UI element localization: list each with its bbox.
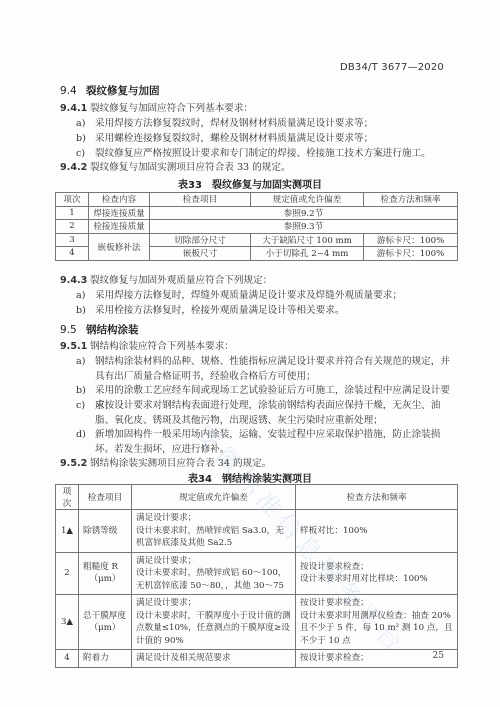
clause-number: 9.4.1 xyxy=(60,102,90,117)
cell-item: 切除部分尺寸 xyxy=(150,233,251,247)
header-cell: 规定值或允许偏差 xyxy=(251,193,364,207)
item-label: a) xyxy=(76,355,95,370)
page-number: 25 xyxy=(433,651,444,661)
value-line: 满足设计要求； xyxy=(136,555,291,568)
item-label: a) xyxy=(76,289,95,304)
document-code: DB34/T 3677—2020 xyxy=(340,62,444,73)
header-cell: 检查方法和频率 xyxy=(296,485,458,510)
item-text: 采用焊接方法修复时，焊缝外观质量满足设计要求及焊缝外观质量要求； xyxy=(95,289,455,304)
cell-item: 总干膜厚度（μm） xyxy=(79,595,132,650)
cell-no: 4 xyxy=(56,247,89,261)
list-item: c)裂纹修复应严格按照设计要求和专门制定的焊接、栓接施工技术方案进行施工。 xyxy=(76,147,461,162)
cell-method: 游标卡尺：100% xyxy=(364,247,458,261)
list-item: a)采用焊接方法修复裂纹时，焊材及钢材材料质量满足设计要求等； xyxy=(76,117,461,132)
cell-content: 嵌板修补法 xyxy=(89,233,150,260)
cell-no: 1▲ xyxy=(56,510,79,553)
cell-item: 粗糙度 R（μm） xyxy=(79,552,132,595)
cell-reference: 参照9.3节 xyxy=(150,220,458,234)
cell-item: 附着力 xyxy=(79,650,132,668)
list-item: b)采用栓接方法修复时，栓接外观质量满足设计等相关要求。 xyxy=(76,304,461,319)
list-item: a)采用焊接方法修复时，焊缝外观质量满足设计要求及焊缝外观质量要求； xyxy=(76,289,461,304)
item-text: 新增加固构件一般采用场内涂装，运输、安装过程中应采取保护措施，防止涂装损坏。若发… xyxy=(95,428,455,457)
item-label: d) xyxy=(76,428,95,443)
cell-value: 满足设计要求；设计未要求时，干膜厚度小于设计值的测点数量≤10%，任意测点的干膜… xyxy=(132,595,296,650)
list-item: b)采用螺栓连接修复裂纹时，螺栓及钢材材料质量满足设计要求等； xyxy=(76,132,461,147)
value-line: 满足设计要求； xyxy=(136,597,291,610)
cell-content: 焊接连接质量 xyxy=(89,206,150,220)
clause-number: 9.5.1 xyxy=(60,340,90,355)
item-text: 采用栓接方法修复时，栓接外观质量满足设计等相关要求。 xyxy=(95,304,455,319)
cell-no: 2 xyxy=(56,220,89,234)
cell-no: 3 xyxy=(56,233,89,247)
table33: 项次 检查内容 检查项目 规定值或允许偏差 检查方法和频率 1 焊接连接质量 参… xyxy=(55,192,458,261)
clause-number: 9.4.2 xyxy=(60,161,90,176)
item-text: 采用焊接方法修复裂纹时，焊材及钢材材料质量满足设计要求等； xyxy=(95,117,455,132)
header-cell: 项次 xyxy=(56,193,89,207)
section-title: 裂纹修复与加固 xyxy=(86,85,160,97)
cell-no: 1 xyxy=(56,206,89,220)
value-line: 设计未要求时，热喷锌或铝 Sa3.0，无机富锌底漆及其他 Sa2.5 xyxy=(136,525,291,550)
table-row: 3 嵌板修补法 切除部分尺寸 大于缺陷尺寸 100 mm 游标卡尺：100% xyxy=(56,233,458,247)
item-label: c) xyxy=(76,147,95,162)
clause-text: 裂纹修复与加固应符合下列基本要求： xyxy=(90,103,253,114)
section-number: 9.4 xyxy=(60,85,86,97)
header-cell: 检查内容 xyxy=(89,193,150,207)
cell-no: 2 xyxy=(56,552,79,595)
cell-value: 大于缺陷尺寸 100 mm xyxy=(251,233,364,247)
item-text: 应按设计要求对钢结构表面进行处理，涂装前钢结构表面应保持干燥，无灰尘、油脂、氧化… xyxy=(95,399,455,428)
item-label: b) xyxy=(76,384,95,399)
cell-value: 满足设计要求；设计未要求时，热喷锌或铝 60～100，无机富锌底漆 50～80，… xyxy=(132,552,296,595)
item-unit: （μm） xyxy=(83,573,127,586)
section-heading-9-5: 9.5钢结构涂装 xyxy=(60,322,139,337)
table33-caption: 表33 裂纹修复与加固实测项目 xyxy=(0,176,500,191)
item-label: c) xyxy=(76,399,95,414)
clause-9-4-1: 9.4.1裂纹修复与加固应符合下列基本要求： xyxy=(60,102,253,117)
item-line: 总干膜厚度 xyxy=(83,610,127,623)
list-item: d)新增加固构件一般采用场内涂装，运输、安装过程中应采取保护措施，防止涂装损坏。… xyxy=(76,428,461,457)
value-line: 满足设计及相关规范要求 xyxy=(136,652,291,665)
value-line: 设计未要求时，干膜厚度小于设计值的测点数量≤10%，任意测点的干膜厚度≥设计值的… xyxy=(136,610,291,648)
item-label: a) xyxy=(76,117,95,132)
value-line: 设计未要求时，热喷锌或铝 60～100，无机富锌底漆 50～80，，其他 30～… xyxy=(136,567,291,592)
section-heading-9-4: 9.4裂纹修复与加固 xyxy=(60,83,160,98)
clause-number: 9.4.3 xyxy=(60,274,90,289)
method-line: 按设计要求检查； xyxy=(300,652,453,665)
section-title: 钢结构涂装 xyxy=(86,324,139,336)
cell-item: 嵌板尺寸 xyxy=(150,247,251,261)
header-cell: 检查项目 xyxy=(79,485,132,510)
list-item: c)应按设计要求对钢结构表面进行处理，涂装前钢结构表面应保持干燥，无灰尘、油脂、… xyxy=(76,399,461,428)
clause-9-5-1: 9.5.1钢结构涂装应符合下列基本要求： xyxy=(60,340,234,355)
list-item: a)钢结构涂装材料的品种、规格、性能指标应满足设计要求并符合有关规范的规定，并具… xyxy=(76,355,461,384)
cell-item: 除锈等级 xyxy=(79,510,132,553)
clause-9-4-2: 9.4.2裂纹修复与加固实测项目应符合表 33 的规定。 xyxy=(60,161,291,176)
cell-no: 3▲ xyxy=(56,595,79,650)
table-row: 2 栓接连接质量 参照9.3节 xyxy=(56,220,458,234)
item-line: 粗糙度 R xyxy=(83,561,127,574)
item-label: b) xyxy=(76,132,95,147)
table-header-row: 项次 检查内容 检查项目 规定值或允许偏差 检查方法和频率 xyxy=(56,193,458,207)
table-row: 2 粗糙度 R（μm） 满足设计要求；设计未要求时，热喷锌或铝 60～100，无… xyxy=(56,552,458,595)
cell-value: 小于切除孔 2~4 mm xyxy=(251,247,364,261)
clause-9-4-3: 9.4.3裂纹修复与加固外观质量应符合下列规定： xyxy=(60,274,272,289)
clause-text: 裂纹修复与加固外观质量应符合下列规定： xyxy=(90,275,272,286)
item-label: b) xyxy=(76,304,95,319)
item-unit: （μm） xyxy=(83,622,127,635)
header-cell: 检查方法和频率 xyxy=(364,193,458,207)
cell-reference: 参照9.2节 xyxy=(150,206,458,220)
table-row: 1 焊接连接质量 参照9.2节 xyxy=(56,206,458,220)
section-number: 9.5 xyxy=(60,324,86,336)
item-text: 采用螺栓连接修复裂纹时，螺栓及钢材材料质量满足设计要求等； xyxy=(95,132,455,147)
item-text: 裂纹修复应严格按照设计要求和专门制定的焊接、栓接施工技术方案进行施工。 xyxy=(95,147,455,162)
cell-no: 4 xyxy=(56,650,79,668)
item-text: 钢结构涂装材料的品种、规格、性能指标应满足设计要求并符合有关规范的规定，并具有出… xyxy=(95,355,455,384)
cell-method: 游标卡尺：100% xyxy=(364,233,458,247)
header-cell: 项次 xyxy=(56,485,79,510)
table-row: 1▲ 除锈等级 满足设计要求；设计未要求时，热喷锌或铝 Sa3.0，无机富锌底漆… xyxy=(56,510,458,553)
cell-content: 栓接连接质量 xyxy=(89,220,150,234)
header-cell: 检查项目 xyxy=(150,193,251,207)
clause-text: 钢结构涂装应符合下列基本要求： xyxy=(90,341,234,352)
clause-text: 裂纹修复与加固实测项目应符合表 33 的规定。 xyxy=(90,162,291,173)
cell-value: 满足设计及相关规范要求 xyxy=(132,650,296,668)
